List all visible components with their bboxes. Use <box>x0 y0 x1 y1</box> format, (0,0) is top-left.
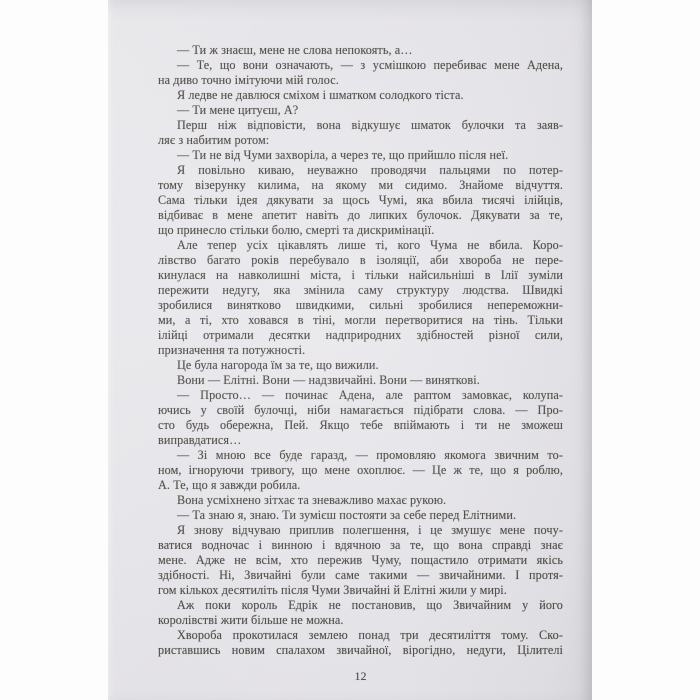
text-line: Це була нагорода їм за те, що вижили. <box>158 358 563 373</box>
text-line: ілійці отримали десятки надприродних зді… <box>158 328 563 343</box>
text-line: Перш ніж відповісти, вона відкушує шмато… <box>158 118 563 133</box>
book-page-photo: — Ти ж знаєш, мене не слова непокоять, а… <box>0 0 700 700</box>
text-line: здібності. Ні, Звичайні були саме такими… <box>158 568 563 583</box>
text-line: — Ти мене цитуєш, А? <box>158 103 563 118</box>
page: — Ти ж знаєш, мене не слова непокоять, а… <box>108 0 592 700</box>
text-line: призначення та потужності. <box>158 343 563 358</box>
text-line: ляє з набитим ротом: <box>158 133 563 148</box>
text-line: ючись у своїй булочці, ніби намагається … <box>158 403 563 418</box>
text-line: кинулася на навколишні міста, і тільки н… <box>158 268 563 283</box>
text-line: Вона усміхнено зітхає та зневажливо маха… <box>158 493 563 508</box>
text-line: відбиває в мене апетит навіть до липких … <box>158 208 563 223</box>
text-line: Я повільно киваю, неуважно проводячи пал… <box>158 163 563 178</box>
text-line: — Ти ж знаєш, мене не слова непокоять, а… <box>158 43 563 58</box>
text-line: Я знову відчуваю приплив полегшення, і ц… <box>158 523 563 538</box>
text-line: тому візерунку килима, на якому ми сидим… <box>158 178 563 193</box>
text-line: лівство багато років перебувало в ізоляц… <box>158 253 563 268</box>
page-number: 12 <box>158 669 563 684</box>
text-line: Але тепер усіх цікавлять лише ті, кого Ч… <box>158 238 563 253</box>
text-line: ми, а ті, хто ховався в тіні, могли пере… <box>158 313 563 328</box>
page-text: — Ти ж знаєш, мене не слова непокоять, а… <box>158 43 563 658</box>
text-line: А. Те, що я завжди робила. <box>158 478 563 493</box>
text-line: риставшись новим спалахом звичайної, вір… <box>158 643 563 658</box>
text-line: Я ледве не давлюся сміхом і шматком соло… <box>158 88 563 103</box>
text-line: королівстві жити більше не можна. <box>158 613 563 628</box>
text-line: пережити недугу, яка змінила саму структ… <box>158 283 563 298</box>
text-line: мене. Адже не всім, хто пережив Чуму, по… <box>158 553 563 568</box>
text-line: — Зі мною все буде гаразд, — промовляю я… <box>158 448 563 463</box>
text-line: зробилися винятково швидкими, сильні зро… <box>158 298 563 313</box>
text-line: гом кількох десятиліть після Чуми Звичай… <box>158 583 563 598</box>
text-line: — Просто… — починає Адена, але раптом за… <box>158 388 563 403</box>
text-line: Аж поки король Едрік не постановив, що З… <box>158 598 563 613</box>
text-line: ватися водночас і винною і вдячною за те… <box>158 538 563 553</box>
text-line: Хвороба прокотилася землею понад три дес… <box>158 628 563 643</box>
text-line: що принесло стільки болю, смерті та диск… <box>158 223 563 238</box>
text-line: — Та знаю я, знаю. Ти зумієш постояти за… <box>158 508 563 523</box>
text-line: виправдатися… <box>158 433 563 448</box>
text-line: на диво точно імітуючи мій голос. <box>158 73 563 88</box>
text-line: ном, ігноруючи тривогу, що мене охоплює.… <box>158 463 563 478</box>
text-line: Вони — Елітні. Вони — надзвичайні. Вони … <box>158 373 563 388</box>
text-line: — Те, що вони означають, — з усмішкою пе… <box>158 58 563 73</box>
text-line: Сама тільки ідея дякувати за щось Чумі, … <box>158 193 563 208</box>
text-line: — Ти не від Чуми захворіла, а через те, … <box>158 148 563 163</box>
text-line: сто будь обережна, Пей. Якщо тебе впійма… <box>158 418 563 433</box>
